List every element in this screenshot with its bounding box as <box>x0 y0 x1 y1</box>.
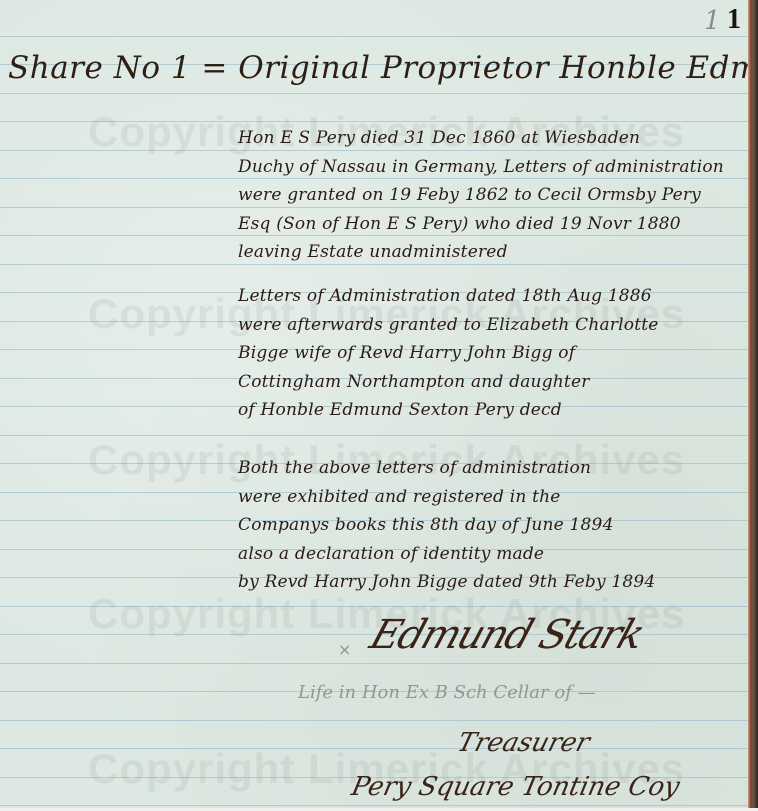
text-line: Both the above letters of administration <box>238 454 738 483</box>
text-line: by Revd Harry John Bigge dated 9th Feby … <box>238 568 738 597</box>
rule-line <box>0 36 748 37</box>
text-line: Hon E S Pery died 31 Dec 1860 at Wiesbad… <box>238 124 738 153</box>
page-number-pencil: 1 <box>704 6 721 36</box>
text-line: were afterwards granted to Elizabeth Cha… <box>238 311 738 340</box>
text-line: Letters of Administration dated 18th Aug… <box>238 282 738 311</box>
text-line: were exhibited and registered in the <box>238 483 738 512</box>
text-line: Duchy of Nassau in Germany, Letters of a… <box>238 153 738 182</box>
text-line: also a declaration of identity made <box>238 540 738 569</box>
text-line: of Honble Edmund Sexton Pery decd <box>238 396 738 425</box>
page-number: 1 <box>727 4 741 36</box>
rule-line <box>0 121 748 122</box>
book-binding-edge <box>748 0 758 811</box>
rule-line <box>0 748 748 749</box>
rule-line <box>0 93 748 94</box>
rule-line <box>0 435 748 436</box>
paragraph-death-record: Hon E S Pery died 31 Dec 1860 at Wiesbad… <box>238 124 738 267</box>
text-line: Bigge wife of Revd Harry John Bigg of <box>238 339 738 368</box>
ledger-page: Copyright Limerick Archives Copyright Li… <box>0 0 758 811</box>
rule-line <box>0 606 748 607</box>
treasurer-label: Treasurer <box>454 728 593 758</box>
pencil-annotation: Life in Hon Ex B Sch Cellar of — <box>298 682 596 703</box>
signature-mark: × <box>338 640 351 659</box>
entry-title: Share No 1 = Original Proprietor Honble … <box>8 50 758 86</box>
paragraph-registration: Both the above letters of administration… <box>238 454 738 597</box>
company-name: Pery Square Tontine Coy <box>349 772 682 802</box>
text-line: leaving Estate unadministered <box>238 238 738 267</box>
rule-line <box>0 663 748 664</box>
paragraph-administration: Letters of Administration dated 18th Aug… <box>238 282 738 425</box>
signature: Edmund Stark <box>365 612 649 658</box>
text-line: Companys books this 8th day of June 1894 <box>238 511 738 540</box>
text-line: Esq (Son of Hon E S Pery) who died 19 No… <box>238 210 738 239</box>
text-line: were granted on 19 Feby 1862 to Cecil Or… <box>238 181 738 210</box>
rule-line <box>0 720 748 721</box>
rule-line <box>0 805 748 806</box>
text-line: Cottingham Northampton and daughter <box>238 368 738 397</box>
